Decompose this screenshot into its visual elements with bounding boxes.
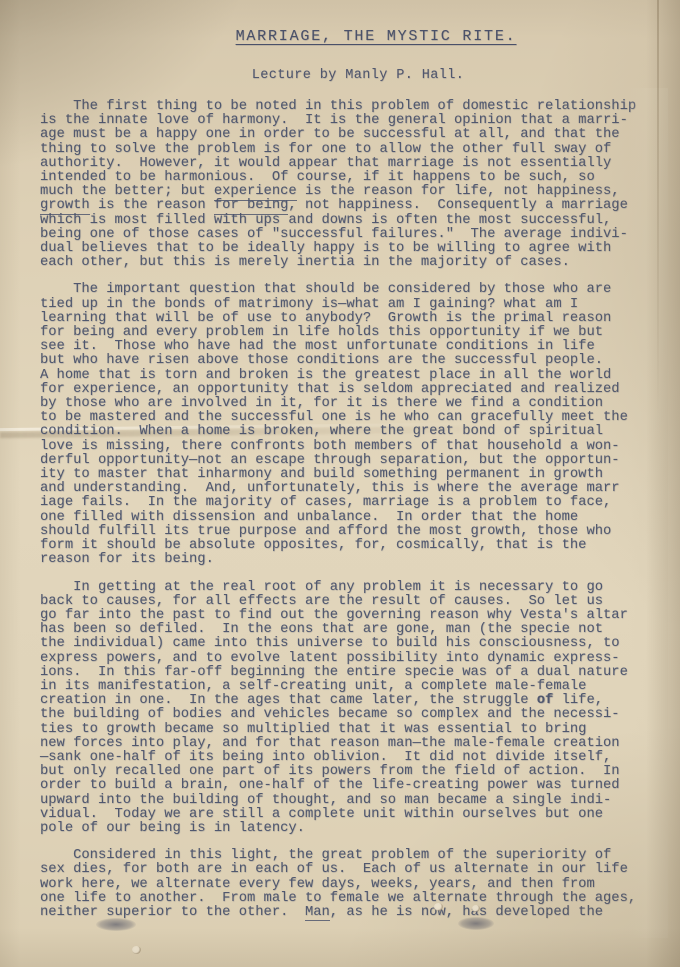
document-title: MARRIAGE, THE MYSTIC RITE. [36,28,680,45]
paragraph: The important question that should be co… [40,283,662,567]
text-run: is the reason [90,198,214,213]
photographed-page: MARRIAGE, THE MYSTIC RITE. Lecture by Ma… [0,0,680,967]
paragraph: The first thing to be noted in this prob… [40,100,662,270]
paper-sheet: MARRIAGE, THE MYSTIC RITE. Lecture by Ma… [0,0,680,967]
document-body: The first thing to be noted in this prob… [40,100,662,933]
underlined-term: Man [305,905,330,922]
document-subtitle: Lecture by Manly P. Hall. [18,68,680,83]
text-run: is the reason for life, not happiness, [297,184,620,199]
paragraph: Considered in this light, the great prob… [40,849,662,920]
paragraph: In getting at the real root of any probl… [40,581,662,837]
text-run: life, the building of bodies and vehicle… [40,693,620,836]
emphasized-term: of [537,693,554,708]
text-run: The important question that should be co… [40,282,628,567]
text-run: In getting at the real root of any probl… [40,580,628,709]
typewritten-document: MARRIAGE, THE MYSTIC RITE. Lecture by Ma… [0,0,680,967]
text-run: , as he is now, has developed the [330,905,603,920]
